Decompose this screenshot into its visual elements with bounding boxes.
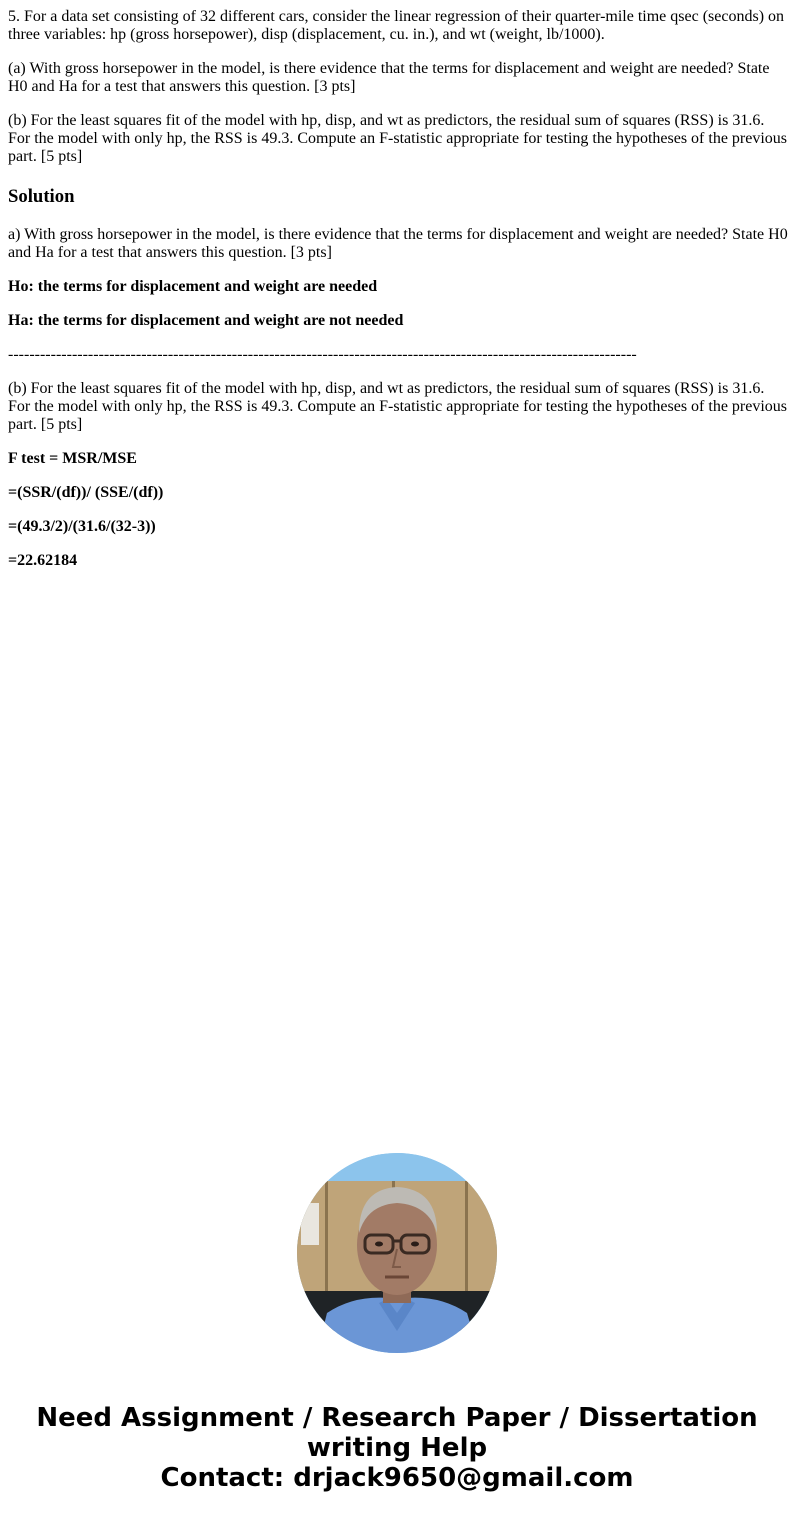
person-photo-icon [297, 1153, 497, 1353]
solution-heading: Solution [8, 186, 788, 208]
solution-part-a-restated: a) With gross horsepower in the model, i… [8, 226, 788, 262]
document-body: 5. For a data set consisting of 32 diffe… [8, 0, 788, 586]
question-intro: 5. For a data set consisting of 32 diffe… [8, 8, 788, 44]
f-test-step-general: =(SSR/(df))/ (SSE/(df)) [8, 484, 788, 502]
f-test-step-substituted: =(49.3/2)/(31.6/(32-3)) [8, 518, 788, 536]
tutor-avatar [297, 1153, 497, 1353]
promo-line-1: Need Assignment / Research Paper / Disse… [0, 1403, 794, 1433]
f-test-formula: F test = MSR/MSE [8, 450, 788, 468]
promo-banner: Need Assignment / Research Paper / Disse… [0, 1403, 794, 1493]
promo-line-2: writing Help [0, 1433, 794, 1463]
solution-part-b-restated: (b) For the least squares fit of the mod… [8, 380, 788, 434]
separator-line: ----------------------------------------… [8, 346, 788, 364]
alternative-hypothesis: Ha: the terms for displacement and weigh… [8, 312, 788, 330]
promo-contact-email: Contact: drjack9650@gmail.com [0, 1463, 794, 1493]
null-hypothesis: Ho: the terms for displacement and weigh… [8, 278, 788, 296]
question-part-a: (a) With gross horsepower in the model, … [8, 60, 788, 96]
f-test-result: =22.62184 [8, 552, 788, 570]
question-part-b: (b) For the least squares fit of the mod… [8, 112, 788, 166]
